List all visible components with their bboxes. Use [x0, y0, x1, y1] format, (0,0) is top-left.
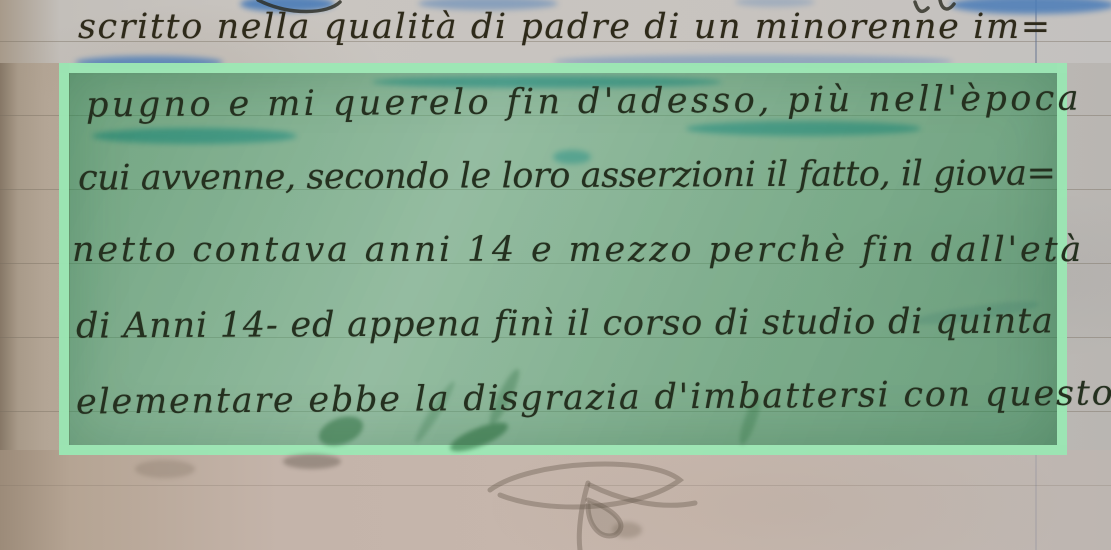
manuscript-line: pugno e mi querelo fin d'adesso, più nel…: [86, 79, 1082, 126]
manuscript-line: cui avvenne, secondo le loro asserzioni …: [78, 153, 1056, 198]
manuscript-line: di Anni 14- ed appena finì il corso di s…: [76, 301, 1054, 346]
manuscript-line-above-highlight: scritto nella qualità di padre di un min…: [78, 7, 1052, 47]
handwriting-layer: scritto nella qualità di padre di un min…: [0, 0, 1111, 550]
manuscript-scan-page: scritto nella qualità di padre di un min…: [0, 0, 1111, 550]
manuscript-line: elementare ebbe la disgrazia d'imbatters…: [76, 373, 1111, 422]
manuscript-line: netto contava anni 14 e mezzo perchè fin…: [72, 230, 1084, 270]
